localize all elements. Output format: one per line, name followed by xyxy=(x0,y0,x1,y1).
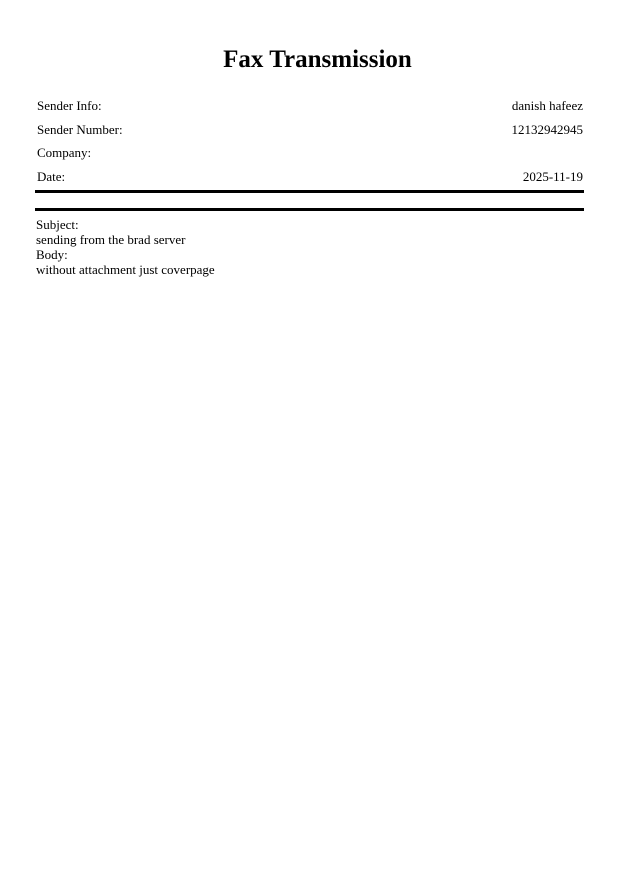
date-label: Date: xyxy=(37,165,65,189)
message-block: Subject: sending from the brad server Bo… xyxy=(36,217,215,277)
page-title: Fax Transmission xyxy=(0,42,635,78)
sender-info-table: Sender Info: danish hafeez Sender Number… xyxy=(37,94,583,188)
sender-number-value: 12132942945 xyxy=(512,118,584,142)
body-label: Body: xyxy=(36,247,215,262)
divider-top xyxy=(35,190,584,193)
info-row-date: Date: 2025-11-19 xyxy=(37,165,583,189)
sender-info-label: Sender Info: xyxy=(37,94,102,118)
sender-number-label: Sender Number: xyxy=(37,118,123,142)
info-row-sender-info: Sender Info: danish hafeez xyxy=(37,94,583,118)
divider-bottom xyxy=(35,208,584,211)
info-row-sender-number: Sender Number: 12132942945 xyxy=(37,118,583,142)
body-text: without attachment just coverpage xyxy=(36,262,215,277)
subject-text: sending from the brad server xyxy=(36,232,215,247)
sender-info-value: danish hafeez xyxy=(512,94,583,118)
date-value: 2025-11-19 xyxy=(523,165,583,189)
subject-label: Subject: xyxy=(36,217,215,232)
info-row-company: Company: xyxy=(37,141,583,165)
company-label: Company: xyxy=(37,141,91,165)
